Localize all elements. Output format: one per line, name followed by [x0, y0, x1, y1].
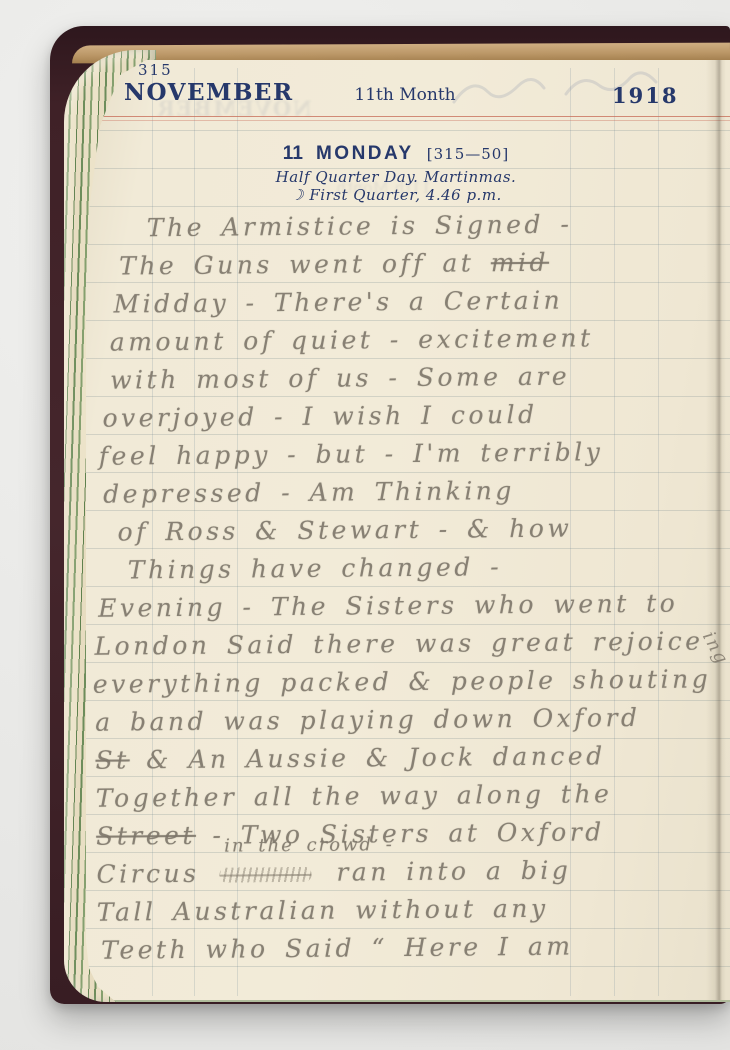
diary-entry-line: Midday - There's a Certain [113, 280, 721, 323]
diary-entry-line: St & An Aussie & Jock danced [95, 736, 725, 779]
year: 1918 [612, 83, 678, 108]
diary-entry-line: overjoyed - I wish I could [102, 394, 722, 437]
red-header-rule [86, 116, 730, 117]
diary-entry-line: with most of us - Some are [110, 356, 722, 399]
month-title: NOVEMBER [124, 79, 294, 106]
diary-entry-line: Teeth who Said “ Here I am [101, 926, 727, 969]
diary-entry-line: The Armistice is Signed - [147, 204, 721, 247]
diary-photo: { "header": { "page_number": "315", "mon… [0, 0, 730, 1050]
diary-entry-line: Evening - The Sisters who went to [98, 584, 724, 627]
diary-entry-line: Together all the way along the [96, 774, 726, 817]
diary-entry-line: London Said there was great rejoice [94, 622, 724, 665]
day-page-range: [315—50] [427, 145, 509, 163]
page-number: 315 [138, 61, 173, 79]
month-ordinal: 11th Month [300, 85, 510, 105]
interlinear-insert: in the crowd - [224, 836, 394, 855]
diary-entry-line: Tall Australian without any [97, 888, 727, 931]
diary-entry-line: in the crowd -Circus ran into a big [96, 850, 726, 893]
day-number: 11 [283, 143, 303, 164]
red-header-rule-2 [86, 120, 730, 121]
day-header: 11 MONDAY [315—50] [146, 143, 646, 165]
diary-entry-line: feel happy - but - I'm terribly [99, 432, 723, 475]
diary-page: NOVEMBER 11th Month 315 NOVEMBER 11th Mo… [86, 60, 730, 1002]
diary-entry-line: amount of quiet - excitement [110, 318, 722, 361]
diary-entry-line: everything packed & people shouting [93, 660, 725, 704]
diary-entry-line: Street - Two Sisters at Oxford [96, 812, 726, 855]
diary-entry: The Armistice is Signed -The Guns went o… [89, 204, 728, 969]
scribbled-out-word [220, 867, 312, 883]
diary-entry-line: depressed - Am Thinking [103, 470, 723, 513]
diary-entry-line: The Guns went off at mid [119, 242, 721, 285]
diary-entry-line: a band was playing down Oxford [95, 698, 725, 741]
almanac-note-2: ☽ First Quarter, 4.46 p.m. [146, 186, 646, 204]
diary-entry-line: Things have changed - [128, 546, 724, 589]
day-name: MONDAY [316, 143, 414, 164]
diary-entry-line: of Ross & Stewart - & how [117, 508, 723, 551]
almanac-note-1: Half Quarter Day. Martinmas. [146, 168, 646, 186]
